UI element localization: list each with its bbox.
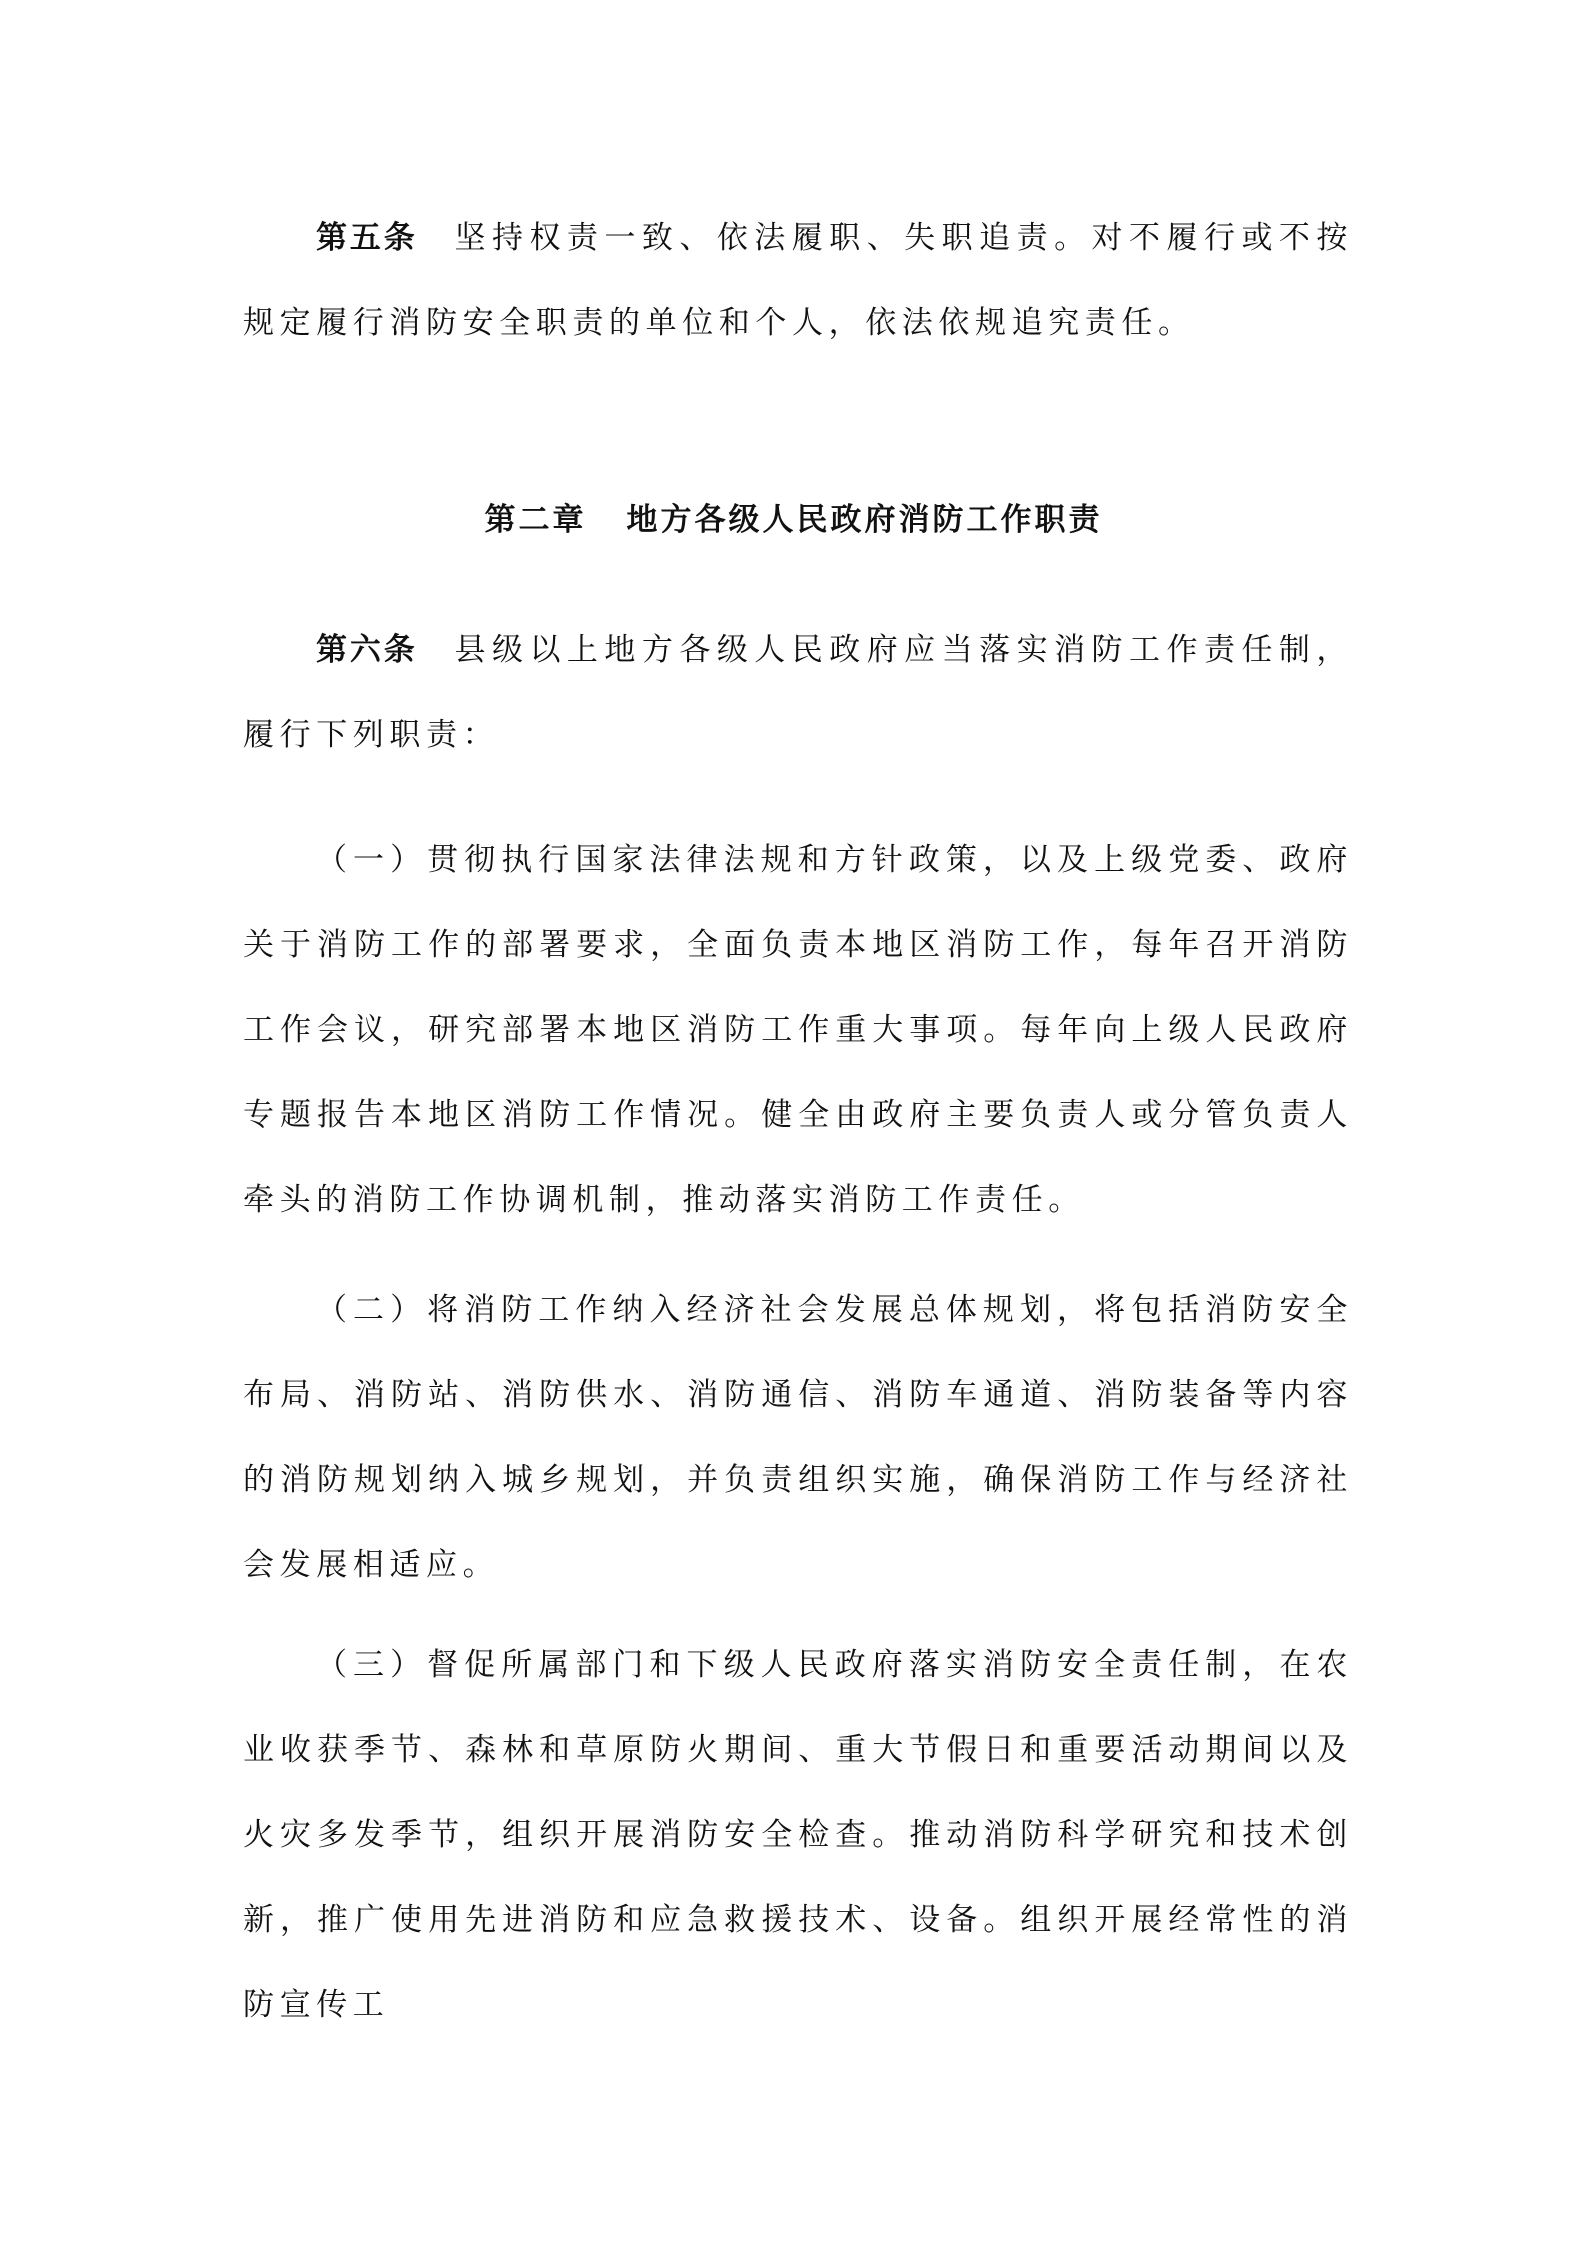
article-6-paragraph: 第六条县级以上地方各级人民政府应当落实消防工作责任制，履行下列职责： [243,608,1353,778]
article-6-item-1: （一）贯彻执行国家法律法规和方针政策，以及上级党委、政府关于消防工作的部署要求，… [243,818,1353,1243]
article-5-label: 第五条 [316,220,418,256]
chapter-2-title: 地方各级人民政府消防工作职责 [627,502,1103,538]
article-6-item-2: （二）将消防工作纳入经济社会发展总体规划，将包括消防安全布局、消防站、消防供水、… [243,1268,1353,1608]
chapter-2-heading: 第二章地方各级人民政府消防工作职责 [0,490,1587,550]
article-5-paragraph: 第五条坚持权责一致、依法履职、失职追责。对不履行或不按规定履行消防安全职责的单位… [243,196,1353,366]
document-page: 第五条坚持权责一致、依法履职、失职追责。对不履行或不按规定履行消防安全职责的单位… [0,0,1587,2245]
chapter-2-label: 第二章 [485,502,587,538]
article-6-label: 第六条 [316,632,418,668]
article-6-item-3: （三）督促所属部门和下级人民政府落实消防安全责任制，在农业收获季节、森林和草原防… [243,1623,1353,2048]
